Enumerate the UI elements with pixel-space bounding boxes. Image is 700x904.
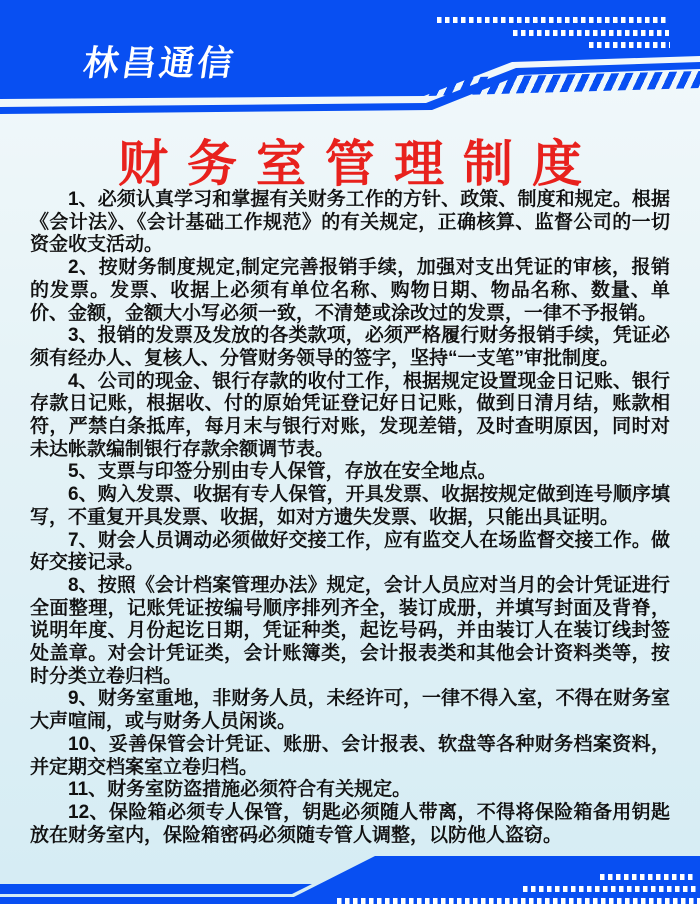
rule-item: 6、购入发票、收据有专人保管，开具发票、收据按规定做到连号顺序填写，不重复开具发…: [30, 484, 670, 529]
dot-grid-bottom-right-row-1: [600, 874, 696, 880]
rule-item: 3、报销的发票及发放的各类款项，必须严格履行财务报销手续，凭证必须有经办人、复核…: [30, 325, 670, 370]
rule-item: 7、财会人员调动必须做好交接工作，应有监交人在场监督交接工作。做好交接记录。: [30, 530, 670, 575]
rules-list: 1、必须认真学习和掌握有关财务工作的方针、政策、制度和规定。根据《会计法》、《会…: [30, 189, 670, 847]
rule-item: 5、支票与印签分别由专人保管，存放在安全地点。: [30, 461, 670, 484]
company-name: 林昌通信: [80, 36, 239, 86]
rule-item: 12、保险箱必须专人保管，钥匙必须随人带离，不得将保险箱备用钥匙放在财务室内，保…: [30, 802, 670, 847]
page-title: 财务室管理制度: [0, 124, 700, 196]
rule-item: 10、妥善保管会计凭证、账册、会计报表、软盘等各种财务档案资料，并定期交档案室立…: [30, 734, 670, 779]
dot-grid-bottom-right-row-3: [337, 898, 700, 904]
dot-grid-bottom-right-row-2: [523, 886, 696, 892]
rule-item: 9、财务室重地，非财务人员，未经许可，一律不得入室，不得在财务室大声喧闹，或与财…: [30, 688, 670, 733]
dot-grid-top-right-row-2: [513, 30, 669, 36]
dot-grid-top-right-row-1: [437, 17, 669, 23]
rule-item: 8、按照《会计档案管理办法》规定，会计人员应对当月的会计凭证进行全面整理，记账凭…: [30, 575, 670, 689]
rule-item: 2、按财务制度规定,制定完善报销手续，加强对支出凭证的审核，报销的发票。发票、收…: [30, 257, 670, 325]
rule-item: 4、公司的现金、银行存款的收付工作，根据规定设置现金日记账、银行存款日记账，根据…: [30, 371, 670, 462]
rule-item: 11、财务室防盗措施必须符合有关规定。: [30, 779, 670, 802]
poster-background: 林昌通信 财务室管理制度 1、必须认真学习和掌握有关财务工作的方针、政策、制度和…: [0, 0, 700, 904]
rule-item: 1、必须认真学习和掌握有关财务工作的方针、政策、制度和规定。根据《会计法》、《会…: [30, 189, 670, 257]
dot-grid-top-right-row-3: [589, 42, 670, 48]
